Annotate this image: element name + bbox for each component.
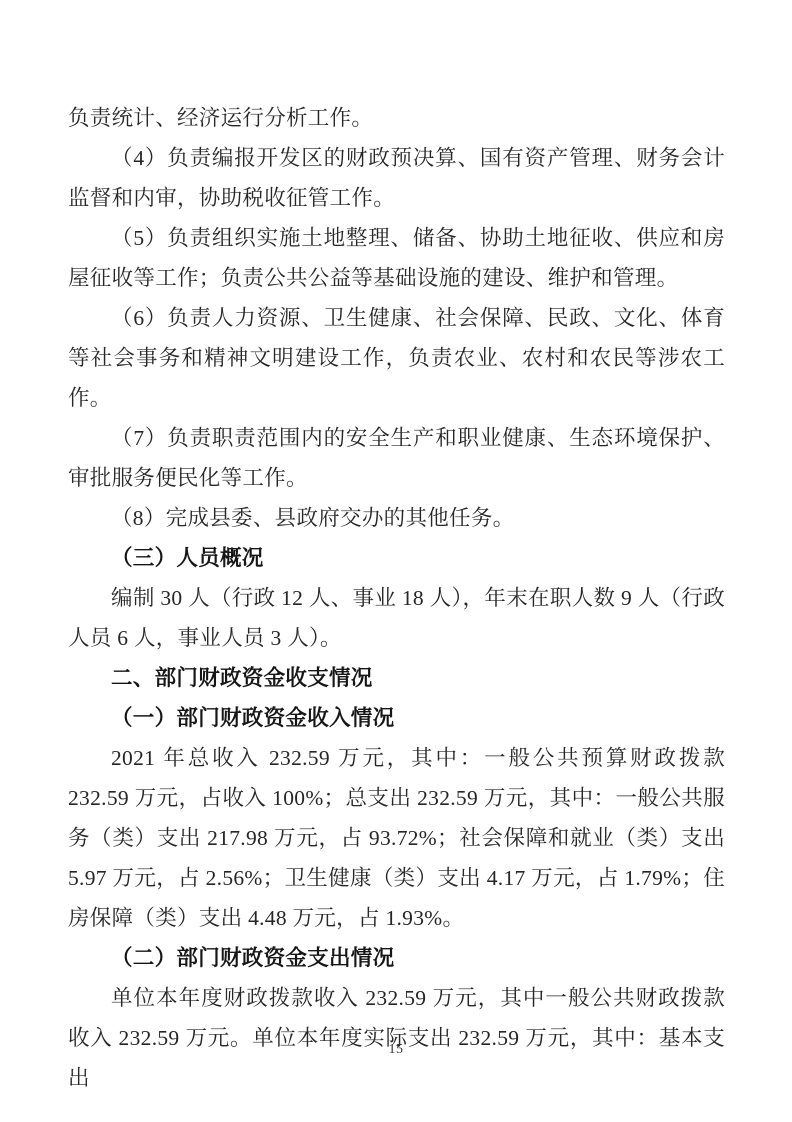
paragraph-duty-5: （5）负责组织实施土地整理、储备、协助土地征收、供应和房屋征收等工作；负责公共公… <box>68 218 725 298</box>
paragraph-income-details: 2021 年总收入 232.59 万元，其中：一般公共预算财政拨款 232.59… <box>68 738 725 938</box>
paragraph-duty-4: （4）负责编报开发区的财政预决算、国有资产管理、财务会计监督和内审，协助税收征管… <box>68 138 725 218</box>
paragraph-duty-6: （6）负责人力资源、卫生健康、社会保障、民政、文化、体育等社会事务和精神文明建设… <box>68 298 725 418</box>
heading-fiscal-funds: 二、部门财政资金收支情况 <box>68 658 725 698</box>
page-number: 15 <box>0 1042 792 1058</box>
heading-personnel-overview: （三）人员概况 <box>68 538 725 578</box>
paragraph-personnel-numbers: 编制 30 人（行政 12 人、事业 18 人），年末在职人数 9 人（行政人员… <box>68 578 725 658</box>
paragraph-duty-statistics: 负责统计、经济运行分析工作。 <box>68 98 725 138</box>
heading-fiscal-income: （一）部门财政资金收入情况 <box>68 698 725 738</box>
heading-fiscal-expenditure: （二）部门财政资金支出情况 <box>68 938 725 978</box>
paragraph-duty-7: （7）负责职责范围内的安全生产和职业健康、生态环境保护、审批服务便民化等工作。 <box>68 418 725 498</box>
document-content: 负责统计、经济运行分析工作。 （4）负责编报开发区的财政预决算、国有资产管理、财… <box>68 98 725 1098</box>
document-page: 负责统计、经济运行分析工作。 （4）负责编报开发区的财政预决算、国有资产管理、财… <box>0 0 792 1122</box>
paragraph-duty-8: （8）完成县委、县政府交办的其他任务。 <box>68 498 725 538</box>
paragraph-expenditure-details: 单位本年度财政拨款收入 232.59 万元，其中一般公共财政拨款收入 232.5… <box>68 978 725 1098</box>
